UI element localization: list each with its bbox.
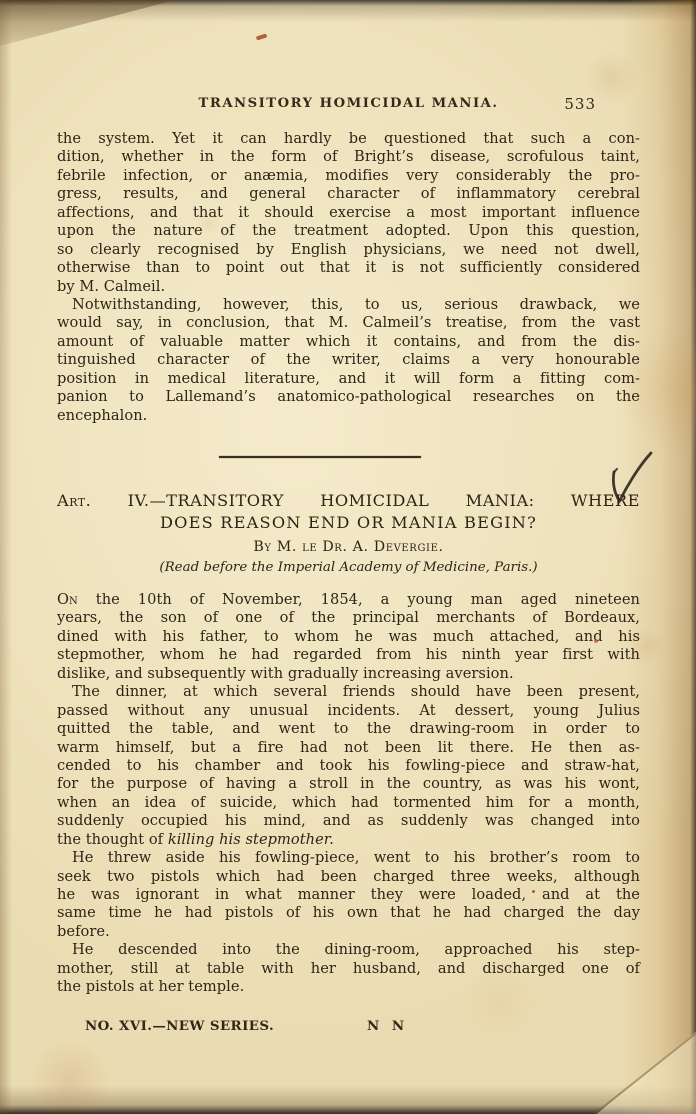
text-line: seek two pistols which had been charged … [57, 868, 640, 886]
text-line: affections, and that it should exercise … [57, 204, 640, 222]
section-divider [219, 456, 421, 458]
paragraph: Notwithstanding, however, this, to us, s… [57, 296, 640, 425]
text-line: by M. Calmeil. [57, 278, 640, 296]
text-line: same time he had pistols of his own that… [57, 904, 640, 922]
paragraph: He descended into the dining-room, appro… [57, 941, 640, 996]
text-line: before. [57, 923, 640, 941]
text-line: when an idea of suicide, which had torme… [57, 794, 640, 812]
page-number: 533 [564, 95, 596, 113]
text-line: passed without any unusual incidents. At… [57, 702, 640, 720]
series-label: NO. XVI.—NEW SERIES. [85, 1018, 274, 1034]
text-line: stepmother, whom he had regarded from hi… [57, 646, 640, 664]
intro-section: the system. Yet it can hardly be questio… [57, 130, 640, 425]
text-line: would say, in conclusion, that M. Calmei… [57, 314, 640, 332]
article-title-line1: Art. IV.—TRANSITORY HOMICIDAL MANIA: WHE… [57, 489, 640, 512]
text-line: He threw aside his fowling-piece, went t… [57, 849, 640, 867]
text-line: On the 10th of November, 1854, a young m… [57, 591, 640, 609]
text-line: suddenly occupied his mind, and as sudde… [57, 812, 640, 830]
article-byline: By M. le Dr. A. Devergie. [57, 537, 640, 558]
text-line: years, the son of one of the principal m… [57, 609, 640, 627]
text-line: position in medical literature, and it w… [57, 370, 640, 388]
page-header: TRANSITORY HOMICIDAL MANIA. 533 [57, 96, 640, 116]
text-line: mother, still at table with her husband,… [57, 960, 640, 978]
text-line: amount of valuable matter which it conta… [57, 333, 640, 351]
article-attribution: (Read before the Imperial Academy of Med… [57, 558, 640, 578]
text-line: the thought of killing his stepmother. [57, 831, 640, 849]
ink-speck-icon [532, 890, 535, 893]
scanned-page: TRANSITORY HOMICIDAL MANIA. 533 the syst… [0, 0, 696, 1114]
text-line: upon the nature of the treatment adopted… [57, 222, 640, 240]
article-body: On the 10th of November, 1854, a young m… [57, 591, 640, 997]
text-line: dition, whether in the form of Bright’s … [57, 148, 640, 166]
text-line: for the purpose of having a stroll in th… [57, 775, 640, 793]
text-line: cended to his chamber and took his fowli… [57, 757, 640, 775]
pen-check-mark-icon [603, 447, 659, 511]
text-line: The dinner, at which several friends sho… [57, 683, 640, 701]
text-line: so clearly recognised by English physici… [57, 241, 640, 259]
text-line: He descended into the dining-room, appro… [57, 941, 640, 959]
text-line: panion to Lallemand’s anatomico-patholog… [57, 388, 640, 406]
text-line: he was ignorant in what manner they were… [57, 886, 640, 904]
paragraph: the system. Yet it can hardly be questio… [57, 130, 640, 296]
paragraph: The dinner, at which several friends sho… [57, 683, 640, 849]
text-line: the pistols at her temple. [57, 978, 640, 996]
text-line: dined with his father, to whom he was mu… [57, 628, 640, 646]
text-line: warm himself, but a fire had not been li… [57, 739, 640, 757]
text-line: gress, results, and general character of… [57, 185, 640, 203]
printer-signature: N N [367, 1018, 408, 1034]
text-line: febrile infection, or anæmia, modifies v… [57, 167, 640, 185]
ink-speck-icon [594, 639, 598, 643]
text-line: Notwithstanding, however, this, to us, s… [57, 296, 640, 314]
page-footer: NO. XVI.—NEW SERIES. N N [57, 1018, 640, 1038]
text-line: dislike, and subsequently with gradually… [57, 665, 640, 683]
text-line: otherwise than to point out that it is n… [57, 259, 640, 277]
text-line: quitted the table, and went to the drawi… [57, 720, 640, 738]
text-line: the system. Yet it can hardly be questio… [57, 130, 640, 148]
article-heading-block: Art. IV.—TRANSITORY HOMICIDAL MANIA: WHE… [57, 489, 640, 578]
paragraph: On the 10th of November, 1854, a young m… [57, 591, 640, 683]
running-head: TRANSITORY HOMICIDAL MANIA. [57, 96, 640, 111]
text-line: encephalon. [57, 407, 640, 425]
text-line: tinguished character of the writer, clai… [57, 351, 640, 369]
paragraph: He threw aside his fowling-piece, went t… [57, 849, 640, 941]
article-title-line2: DOES REASON END OR MANIA BEGIN? [57, 512, 640, 534]
